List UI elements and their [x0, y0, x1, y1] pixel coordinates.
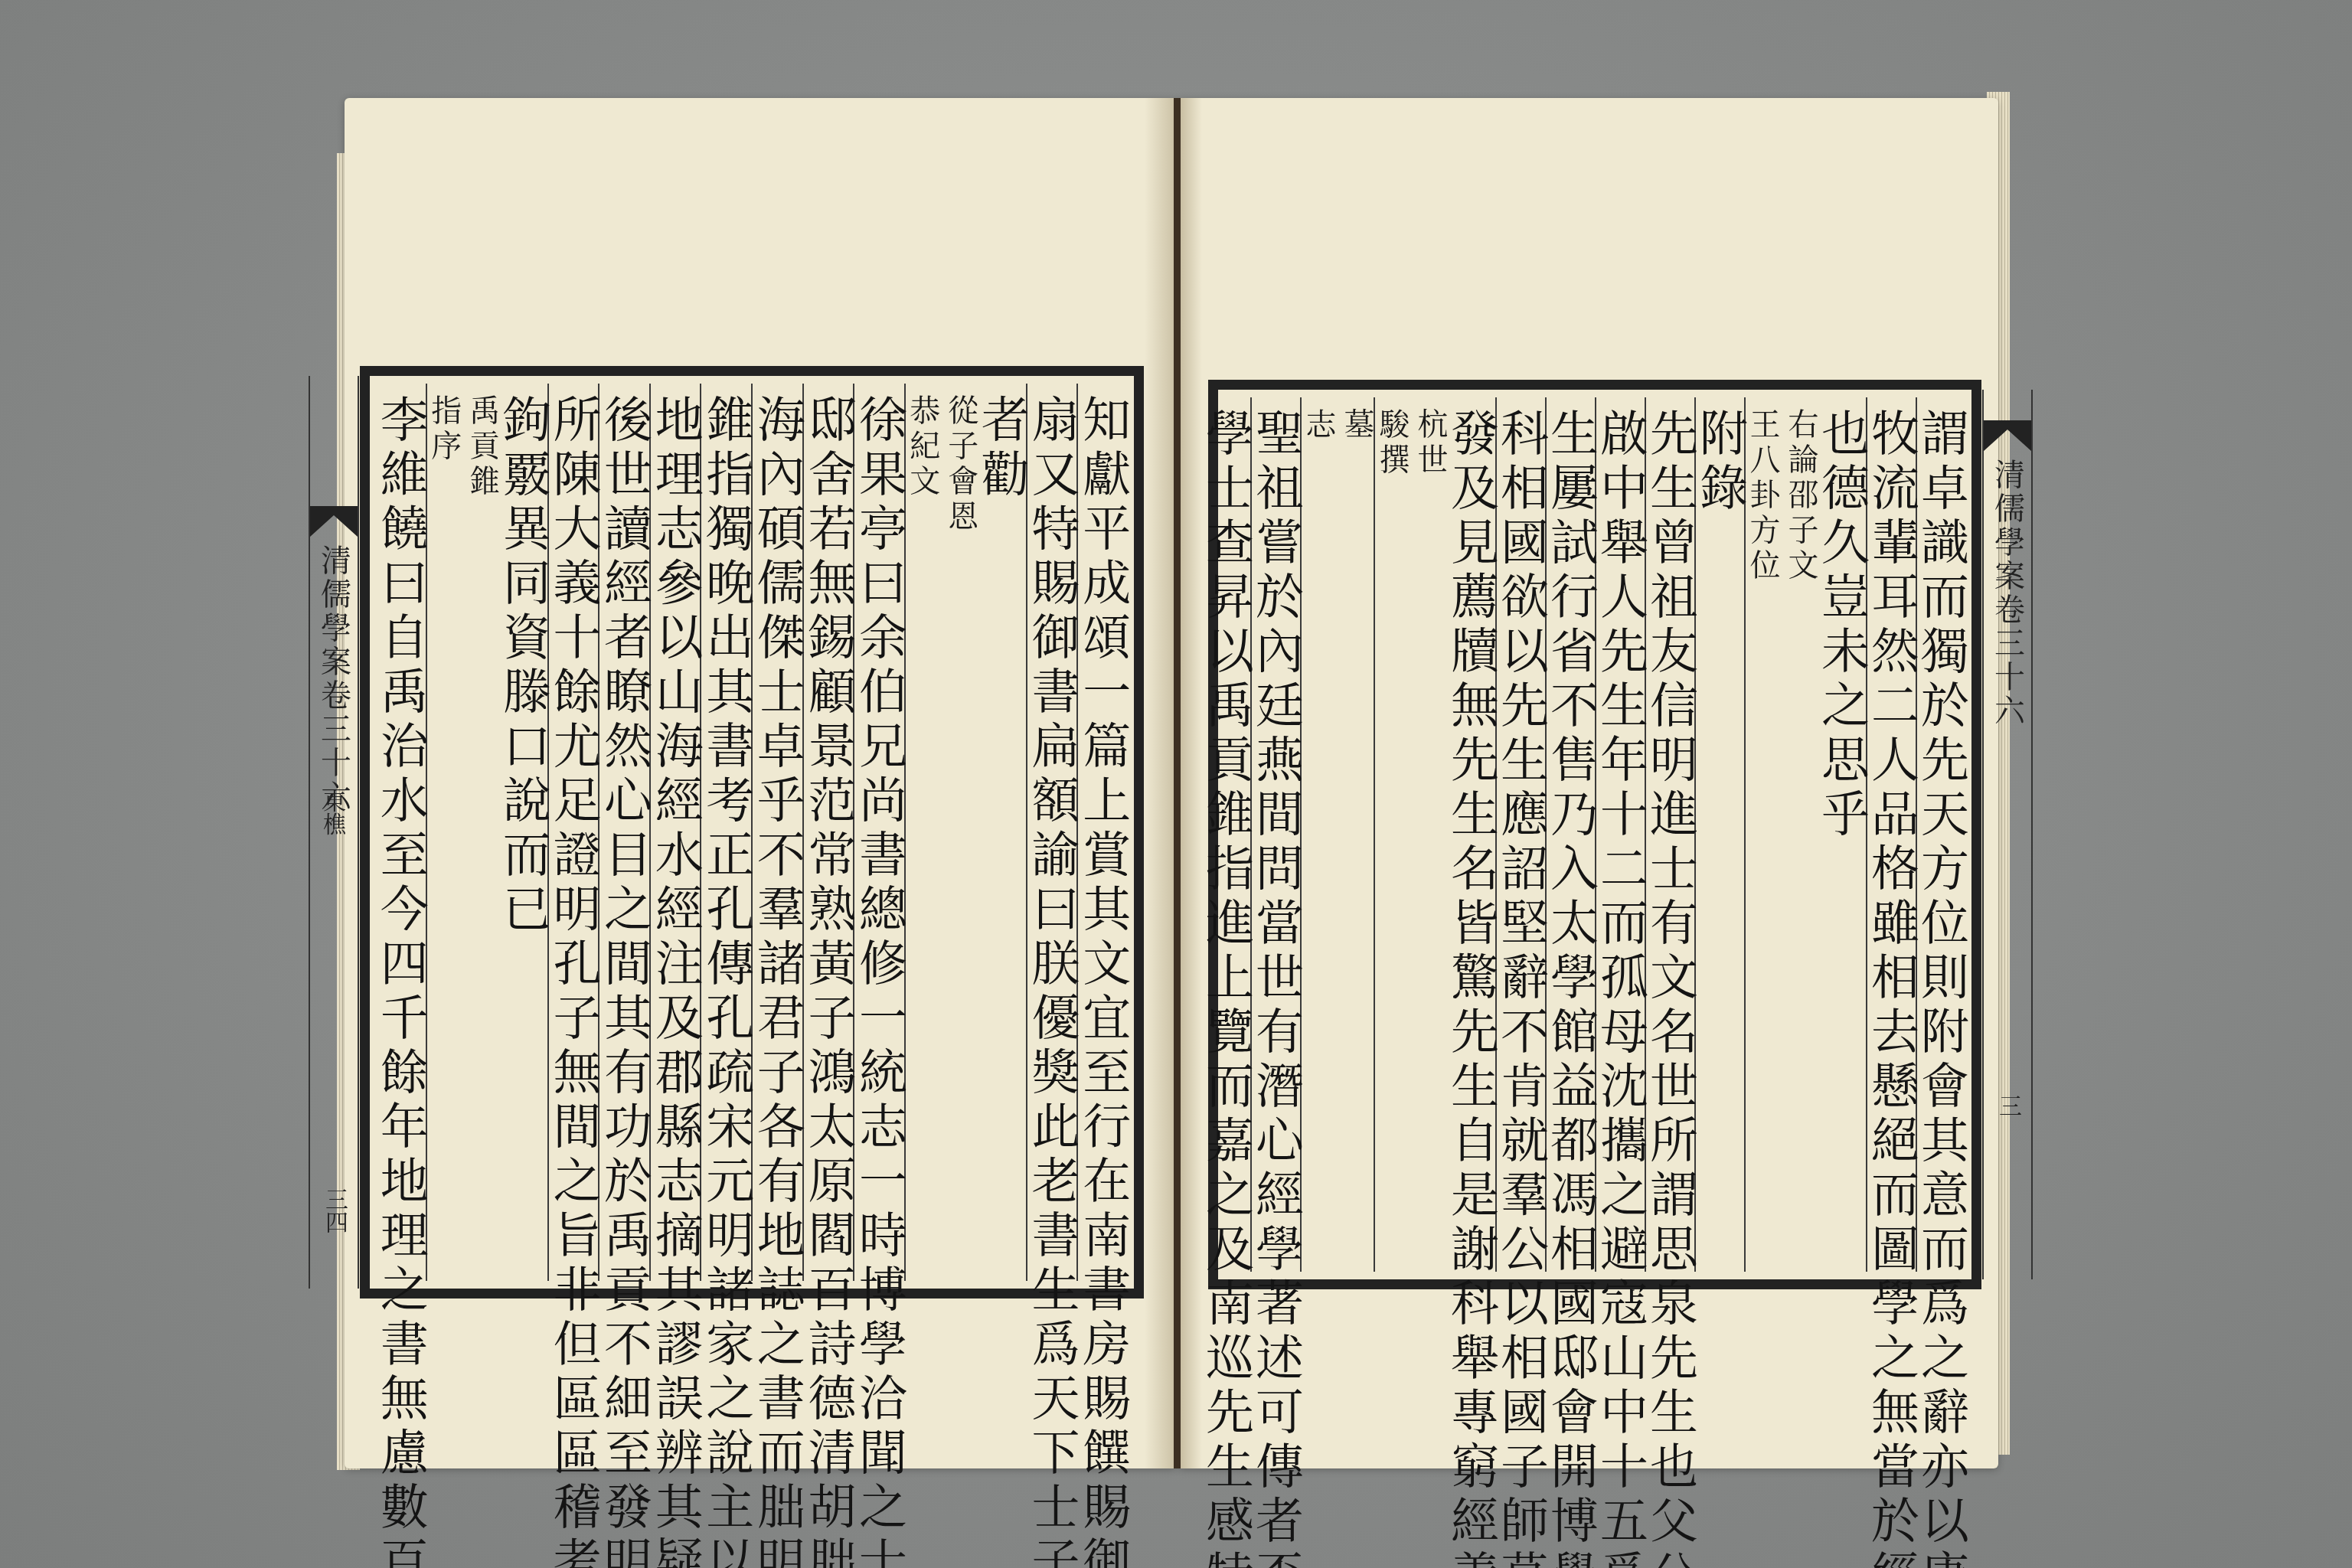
annotation: 恭紀文 從子會恩: [906, 394, 978, 1281]
text-column: 志 墓: [1300, 397, 1374, 1272]
text-column: 發及見薦牘無先生名皆驚先生自是謝科舉專窮經義 駿撰 杭世: [1374, 397, 1495, 1272]
section-heading: 附錄: [1696, 408, 1744, 1272]
fishtail-mark: [1984, 420, 2031, 451]
text-column: 者勸 恭紀文 從子會恩: [904, 384, 1026, 1281]
annotation: 駿撰 杭世: [1375, 408, 1447, 1272]
book-gutter: [1174, 98, 1181, 1468]
margin-book-title: 清儒學案卷三十六: [1986, 459, 2030, 728]
text-column: 徐果亭曰余伯兄尚書總修一統志一時博學洽聞之士招集: [853, 384, 904, 1281]
text-column: 啟中舉人先生年十二而孤母沈攜之避寇山中十五爲縣學: [1595, 397, 1645, 1272]
left-text-frame: 清儒學案卷三十六 東樵 三四 知獻平成頌一篇上賞其文宜至行在南書房賜饌賜御書詩 …: [360, 366, 1144, 1298]
text-column: 知獻平成頌一篇上賞其文宜至行在南書房賜饌賜御書詩: [1076, 384, 1128, 1281]
margin-section-name: 東樵: [315, 789, 348, 835]
right-page-margin: 清儒學案卷三十六 三: [1982, 390, 2033, 1279]
annotation: 指序 禹貢錐: [427, 394, 499, 1281]
text-column: 錐指獨晚出其書考正孔傳孔疏宋元明諸家之說主以班固: [700, 384, 751, 1281]
text-column: 地理志參以山海經水經注及郡縣志摘其謬誤辨其疑似使: [649, 384, 701, 1281]
page-number: 三四: [317, 1187, 351, 1233]
text-column: 邸舍若無錫顧景范常熟黃子鴻太原閻百詩德清胡朏明皆: [802, 384, 854, 1281]
text-column: 李維饒曰自禹治水至今四千餘年地理之書無慮數百家莫: [376, 384, 426, 1281]
text-column: 牧流輩耳然二人品格雖相去懸絕而圖學之無當於經則一: [1866, 397, 1916, 1272]
text-column: 科相國欲以先生應詔堅辭不肯就羣公以相國子師莫敢先: [1495, 397, 1545, 1272]
left-columns: 知獻平成頌一篇上賞其文宜至行在南書房賜饌賜御書詩 扇又特賜御書扁額諭曰朕優獎此老…: [376, 384, 1128, 1281]
text-column: 後世讀經者瞭然心目之間其有功於禹貢不細至發明夏道: [598, 384, 649, 1281]
text-column: 所陳大義十餘尤足證明孔子無間之旨非但區區稽考沿革: [547, 384, 599, 1281]
text-column: 學士查昇以禹貢錐指進上覽而嘉之及南巡先生感特達之: [1202, 397, 1250, 1272]
left-page-margin: 清儒學案卷三十六 東樵 三四: [309, 376, 359, 1289]
text-column: 聖祖嘗於內廷燕間問當世有潛心經學著述可傳者否侍講: [1250, 397, 1300, 1272]
annotation: 志 墓: [1302, 408, 1374, 1272]
text-column: 鉤覈異同資滕口說而已 指序 禹貢錐: [426, 384, 547, 1281]
annotation: 王八卦方位 右論邵子文: [1746, 408, 1818, 1272]
text-column: 謂卓識而獨於先天方位則附會其意而爲之辭亦以康節非: [1916, 397, 1965, 1272]
text-column: 先生曾祖友信明進士有文名世所謂思泉先生也父公角天: [1645, 397, 1694, 1272]
right-text-frame: 清儒學案卷三十六 三 謂卓識而獨於先天方位則附會其意而爲之辭亦以康節非 牧流輩耳…: [1208, 380, 1981, 1289]
right-columns: 謂卓識而獨於先天方位則附會其意而爲之辭亦以康節非 牧流輩耳然二人品格雖相去懸絕而…: [1224, 397, 1965, 1272]
text-column: 扇又特賜御書扁額諭曰朕優獎此老書生爲天下士子讀書: [1026, 384, 1077, 1281]
margin-book-title: 清儒學案卷三十六: [312, 544, 356, 814]
text-column: 也德久豈未之思乎 王八卦方位 右論邵子文: [1744, 397, 1866, 1272]
page-number: 三: [1991, 1094, 2024, 1117]
fishtail-mark: [310, 506, 358, 537]
text-column: 生屢試行省不售乃入太學館益都馮相國邸會開博學鴻詞: [1545, 397, 1595, 1272]
section-heading-column: 附錄: [1694, 397, 1744, 1272]
text-column: 海內碩儒傑士卓乎不羣諸君子各有地誌之書而朏明禹貢: [751, 384, 802, 1281]
